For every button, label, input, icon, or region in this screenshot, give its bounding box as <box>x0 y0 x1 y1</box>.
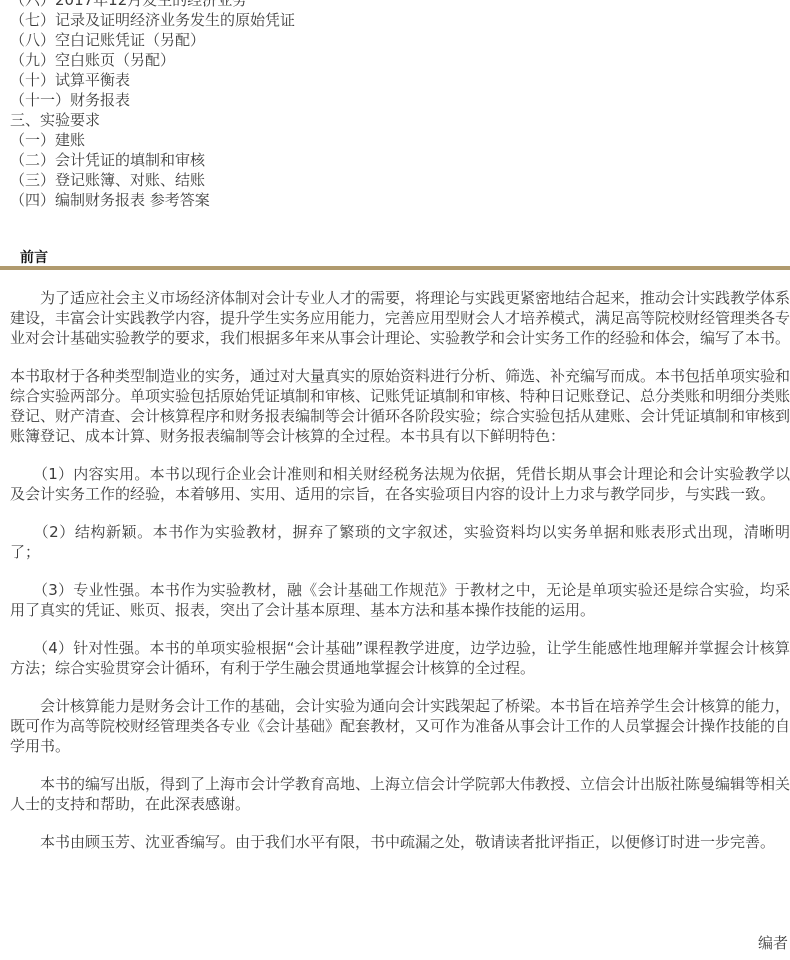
toc-item: （二）会计凭证的填制和审核 <box>10 150 295 170</box>
toc-item: （十）试算平衡表 <box>10 70 295 90</box>
paragraph: 本书由顾玉芳、沈亚香编写。由于我们水平有限，书中疏漏之处，敬请读者批评指正，以便… <box>10 832 790 852</box>
toc-section: 三、实验要求 <box>10 110 295 130</box>
paragraph: 本书取材于各种类型制造业的实务，通过对大量真实的原始资料进行分析、筛选、补充编写… <box>10 366 790 446</box>
section-divider <box>0 266 790 270</box>
paragraph: 为了适应社会主义市场经济体制对会计专业人才的需要，将理论与实践更紧密地结合起来，… <box>10 288 790 348</box>
paragraph: 会计核算能力是财务会计工作的基础，会计实验为通向会计实践架起了桥梁。本书旨在培养… <box>10 696 790 756</box>
paragraph: 本书的编写出版，得到了上海市会计学教育高地、上海立信会计学院郭大伟教授、立信会计… <box>10 774 790 814</box>
preface-body: 为了适应社会主义市场经济体制对会计专业人才的需要，将理论与实践更紧密地结合起来，… <box>10 288 790 870</box>
paragraph: （4）针对性强。本书的单项实验根据“会计基础”课程教学进度，边学边验，让学生能感… <box>10 638 790 678</box>
preface-title: 前言 <box>20 247 48 267</box>
paragraph: （1）内容实用。本书以现行企业会计准则和相关财经税务法规为依据，凭借长期从事会计… <box>10 464 790 504</box>
toc-item: （六）2017年12月发生的经济业务 <box>10 0 295 10</box>
signature: 编者 <box>758 932 788 953</box>
toc-item: （八）空白记账凭证（另配） <box>10 30 295 50</box>
toc-item: （十一）财务报表 <box>10 90 295 110</box>
table-of-contents: （六）2017年12月发生的经济业务 （七）记录及证明经济业务发生的原始凭证 （… <box>10 0 295 210</box>
toc-item: （一）建账 <box>10 130 295 150</box>
toc-item: （三）登记账簿、对账、结账 <box>10 170 295 190</box>
toc-item: （四）编制财务报表 参考答案 <box>10 190 295 210</box>
paragraph: （2）结构新颖。本书作为实验教材，摒弃了繁琐的文字叙述，实验资料均以实务单据和账… <box>10 522 790 562</box>
paragraph: （3）专业性强。本书作为实验教材，融《会计基础工作规范》于教材之中，无论是单项实… <box>10 580 790 620</box>
toc-item: （九）空白账页（另配） <box>10 50 295 70</box>
toc-item: （七）记录及证明经济业务发生的原始凭证 <box>10 10 295 30</box>
